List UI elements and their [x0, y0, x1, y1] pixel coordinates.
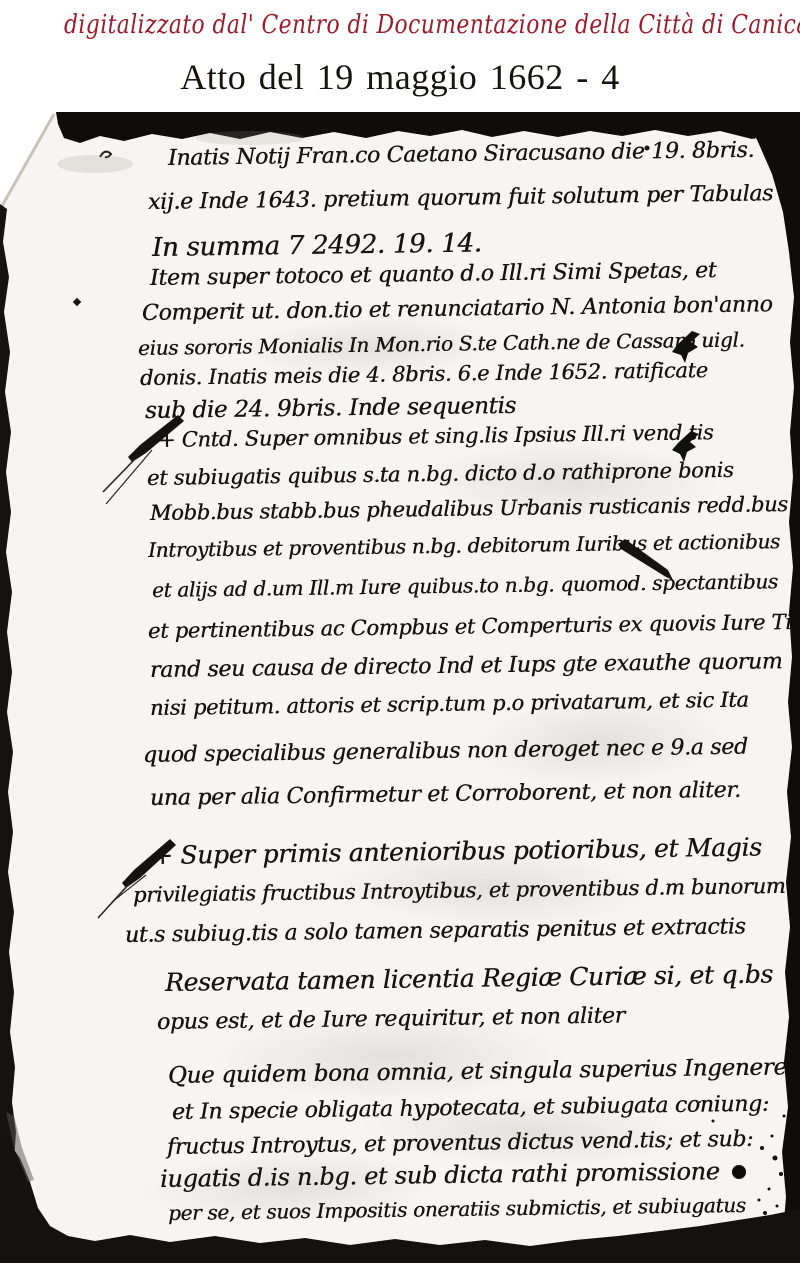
manuscript-line-22: Reservata tamen licentia Regiæ Curiæ si,…	[165, 962, 773, 995]
manuscript-line-9: + Cntd. Super omnibus et sing.lis Ipsius…	[158, 422, 714, 451]
manuscript-line-4: Item super totoco et quanto d.o Ill.ri S…	[150, 260, 717, 290]
manuscript-line-18: una per alia Confirmetur et Corroborent,…	[150, 780, 741, 810]
manuscript-line-25: et In specie obligata hypotecata, et sub…	[172, 1094, 769, 1124]
manuscript-line-5: Comperit ut. don.tio et renunciatario N.…	[142, 294, 773, 325]
manuscript-line-11: Mobb.bus stabb.bus pheudalibus Urbanis r…	[150, 494, 788, 524]
manuscript-line-13: et alijs ad d.um Ill.m Iure quibus.to n.…	[152, 571, 778, 600]
manuscript-line-16: nisi petitum. attoris et scrip.tum p.o p…	[150, 690, 749, 719]
manuscript-line-23: opus est, et de Iure requiritur, et non …	[157, 1005, 625, 1034]
manuscript-line-27: iugatis d.is n.bg. et sub dicta rathi pr…	[160, 1159, 720, 1191]
manuscript-scan: Inatis Notij Fran.co Caetano Siracusano …	[0, 112, 800, 1263]
manuscript-line-1: Inatis Notij Fran.co Caetano Siracusano …	[168, 140, 754, 170]
manuscript-line-21: ut.s subiug.tis a solo tamen separatis p…	[125, 916, 746, 947]
manuscript-text-block: Inatis Notij Fran.co Caetano Siracusano …	[0, 112, 800, 1263]
manuscript-line-6: eius sororis Monialis In Mon.rio S.te Ca…	[138, 330, 745, 358]
digitization-credit: digitalizzato dal' Centro di Documentazi…	[64, 10, 736, 40]
manuscript-line-2: xij.e Inde 1643. pretium quorum fuit sol…	[148, 183, 773, 214]
manuscript-line-17: quod specialibus generalibus non deroget…	[143, 737, 748, 767]
manuscript-line-3: In summa 7 2492. 19. 14.	[152, 230, 482, 261]
page-title: Atto del 19 maggio 1662 - 4	[0, 56, 800, 98]
manuscript-line-26: fructus Introytus, et proventus dictus v…	[167, 1129, 754, 1159]
manuscript-line-15: rand seu causa de directo Ind et Iups gt…	[150, 651, 783, 682]
manuscript-line-24: Que quidem bona omnia, et singula superi…	[168, 1056, 787, 1088]
manuscript-line-7: donis. Inatis meis die 4. 8bris. 6.e Ind…	[140, 360, 708, 389]
manuscript-line-10: et subiugatis quibus s.ta n.bg. dicto d.…	[147, 460, 734, 489]
manuscript-line-19: + Super primis antenioribus potioribus, …	[152, 834, 762, 868]
manuscript-line-20: privilegiatis fructibus Introytibus, et …	[133, 876, 786, 906]
manuscript-line-12: Introytibus et proventibus n.bg. debitor…	[148, 531, 780, 560]
manuscript-line-28: per se, et suos Impositis oneratiis subm…	[168, 1195, 746, 1223]
manuscript-line-8: sub die 24. 9bris. Inde sequentis	[145, 395, 516, 423]
manuscript-line-14: et pertinentibus ac Compbus et Compertur…	[148, 612, 800, 642]
